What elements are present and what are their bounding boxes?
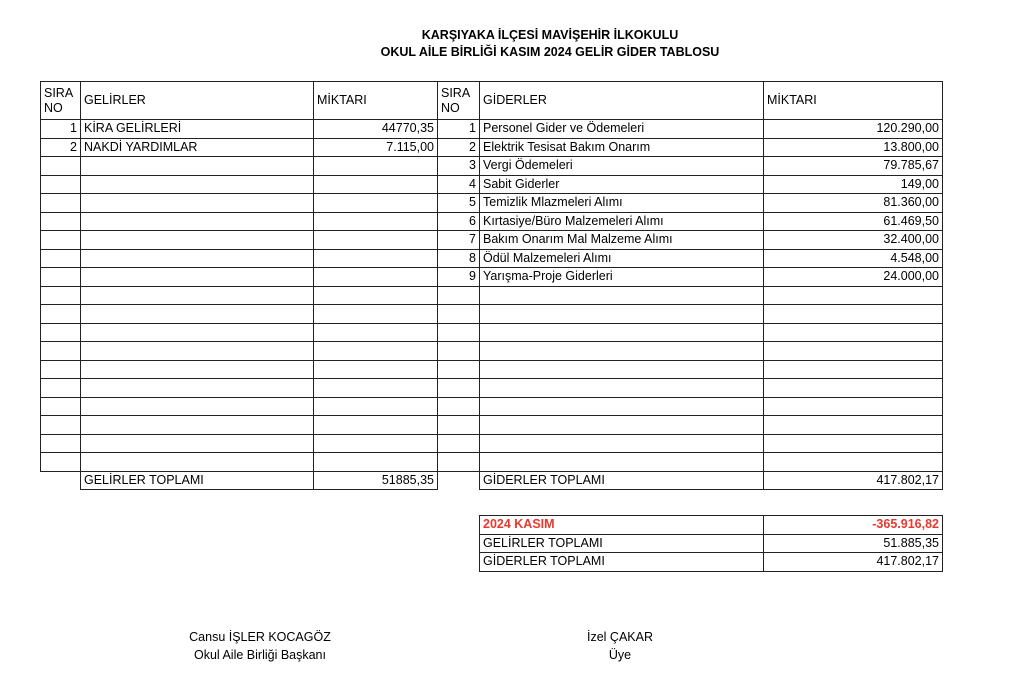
expense-no — [438, 342, 480, 361]
expense-name — [480, 397, 764, 416]
income-amount — [314, 397, 438, 416]
table-row — [41, 379, 943, 398]
expense-amount — [764, 305, 943, 324]
income-name — [81, 194, 314, 213]
expense-amount: 24.000,00 — [764, 268, 943, 287]
expense-amount — [764, 286, 943, 305]
expense-no: 9 — [438, 268, 480, 287]
income-name — [81, 323, 314, 342]
expense-no: 8 — [438, 249, 480, 268]
expense-name — [480, 434, 764, 453]
table-row — [41, 342, 943, 361]
expense-amount — [764, 323, 943, 342]
table-row — [41, 416, 943, 435]
expense-amount — [764, 416, 943, 435]
income-no — [41, 379, 81, 398]
expense-name — [480, 323, 764, 342]
table-row: 5Temizlik Mlazmeleri Alımı81.360,00 — [41, 194, 943, 213]
summary-balance-value: -365.916,82 — [764, 516, 943, 535]
income-name — [81, 379, 314, 398]
table-row — [41, 286, 943, 305]
expense-name — [480, 453, 764, 472]
income-no — [41, 397, 81, 416]
income-name — [81, 212, 314, 231]
header-giderler: GİDERLER — [480, 82, 764, 120]
income-no — [41, 360, 81, 379]
expense-no — [438, 416, 480, 435]
income-name — [81, 175, 314, 194]
expense-no — [438, 397, 480, 416]
table-row: 3Vergi Ödemeleri79.785,67 — [41, 157, 943, 176]
income-amount — [314, 416, 438, 435]
income-amount — [314, 268, 438, 287]
expense-amount: 61.469,50 — [764, 212, 943, 231]
summary-balance-row: 2024 KASIM -365.916,82 — [480, 516, 943, 535]
expense-amount: 79.785,67 — [764, 157, 943, 176]
income-name — [81, 157, 314, 176]
income-amount — [314, 360, 438, 379]
expense-amount — [764, 397, 943, 416]
income-no — [41, 305, 81, 324]
income-name — [81, 453, 314, 472]
header-sira-no: SIRANO — [41, 82, 81, 120]
table-row — [41, 305, 943, 324]
summary-expense-label: GİDERLER TOPLAMI — [480, 553, 764, 572]
expense-no: 4 — [438, 175, 480, 194]
income-amount — [314, 453, 438, 472]
income-name: NAKDİ YARDIMLAR — [81, 138, 314, 157]
expense-name: Bakım Onarım Mal Malzeme Alımı — [480, 231, 764, 250]
expense-amount — [764, 342, 943, 361]
expense-name: Kırtasiye/Büro Malzemeleri Alımı — [480, 212, 764, 231]
income-no — [41, 212, 81, 231]
income-name — [81, 231, 314, 250]
summary-income-value: 51.885,35 — [764, 534, 943, 553]
summary-income-label: GELİRLER TOPLAMI — [480, 534, 764, 553]
expense-name — [480, 416, 764, 435]
expense-name — [480, 379, 764, 398]
expense-total-label: GİDERLER TOPLAMI — [480, 471, 764, 490]
expense-amount: 149,00 — [764, 175, 943, 194]
expense-no: 7 — [438, 231, 480, 250]
income-no — [41, 434, 81, 453]
header-sira-no-2: SIRANO — [438, 82, 480, 120]
income-amount — [314, 379, 438, 398]
summary-table: 2024 KASIM -365.916,82 GELİRLER TOPLAMI … — [479, 515, 943, 572]
table-row — [41, 323, 943, 342]
expense-amount: 13.800,00 — [764, 138, 943, 157]
document-title-school: KARŞIYAKA İLÇESİ MAVİŞEHİR İLKOKULU — [0, 28, 1024, 42]
expense-no: 6 — [438, 212, 480, 231]
income-name — [81, 416, 314, 435]
expense-name — [480, 342, 764, 361]
table-row: 9Yarışma-Proje Giderleri24.000,00 — [41, 268, 943, 287]
income-amount — [314, 231, 438, 250]
summary-expense-row: GİDERLER TOPLAMI 417.802,17 — [480, 553, 943, 572]
income-no — [41, 194, 81, 213]
income-amount — [314, 305, 438, 324]
expense-name: Sabit Giderler — [480, 175, 764, 194]
income-name — [81, 342, 314, 361]
income-no — [41, 286, 81, 305]
expense-name: Elektrik Tesisat Bakım Onarım — [480, 138, 764, 157]
income-amount: 44770,35 — [314, 120, 438, 139]
income-no — [41, 175, 81, 194]
income-amount — [314, 157, 438, 176]
expense-name: Yarışma-Proje Giderleri — [480, 268, 764, 287]
table-row: 6Kırtasiye/Büro Malzemeleri Alımı61.469,… — [41, 212, 943, 231]
expense-no — [438, 453, 480, 472]
expense-name: Temizlik Mlazmeleri Alımı — [480, 194, 764, 213]
income-name — [81, 397, 314, 416]
table-header-row: SIRANO GELİRLER MİKTARI SIRANO GİDERLER … — [41, 82, 943, 120]
expense-no: 5 — [438, 194, 480, 213]
income-no — [41, 416, 81, 435]
expense-name — [480, 305, 764, 324]
income-amount — [314, 323, 438, 342]
signature-president-role: Okul Aile Birliği Başkanı — [160, 646, 360, 664]
table-row: 8Ödül Malzemeleri Alımı4.548,00 — [41, 249, 943, 268]
summary-income-row: GELİRLER TOPLAMI 51.885,35 — [480, 534, 943, 553]
header-gelirler: GELİRLER — [81, 82, 314, 120]
expense-no — [438, 305, 480, 324]
expense-amount — [764, 453, 943, 472]
expense-no: 1 — [438, 120, 480, 139]
expense-amount: 4.548,00 — [764, 249, 943, 268]
income-expense-table: SIRANO GELİRLER MİKTARI SIRANO GİDERLER … — [40, 81, 943, 490]
income-total-label: GELİRLER TOPLAMI — [81, 471, 314, 490]
table-row — [41, 453, 943, 472]
expense-no — [438, 360, 480, 379]
expense-amount — [764, 434, 943, 453]
income-no — [41, 453, 81, 472]
expense-no — [438, 286, 480, 305]
expense-amount: 32.400,00 — [764, 231, 943, 250]
income-name — [81, 249, 314, 268]
income-no — [41, 323, 81, 342]
signature-member-name: İzel ÇAKAR — [560, 628, 680, 646]
income-no — [41, 157, 81, 176]
header-gelir-miktari: MİKTARI — [314, 82, 438, 120]
income-amount: 7.115,00 — [314, 138, 438, 157]
income-amount — [314, 194, 438, 213]
expense-no — [438, 434, 480, 453]
expense-name — [480, 286, 764, 305]
income-no — [41, 342, 81, 361]
income-amount — [314, 175, 438, 194]
signature-president-name: Cansu İŞLER KOCAGÖZ — [160, 628, 360, 646]
table-row — [41, 397, 943, 416]
signature-president: Cansu İŞLER KOCAGÖZ Okul Aile Birliği Ba… — [160, 628, 360, 664]
table-row — [41, 434, 943, 453]
income-name: KİRA GELİRLERİ — [81, 120, 314, 139]
income-name — [81, 434, 314, 453]
summary-period-label: 2024 KASIM — [480, 516, 764, 535]
income-no — [41, 249, 81, 268]
expense-amount: 120.290,00 — [764, 120, 943, 139]
expense-name: Ödül Malzemeleri Alımı — [480, 249, 764, 268]
income-amount — [314, 286, 438, 305]
income-name — [81, 360, 314, 379]
table-row — [41, 360, 943, 379]
expense-amount — [764, 379, 943, 398]
expense-name — [480, 360, 764, 379]
document-title-report: OKUL AİLE BİRLİĞİ KASIM 2024 GELİR GİDER… — [0, 45, 1024, 59]
income-amount — [314, 249, 438, 268]
expense-name: Vergi Ödemeleri — [480, 157, 764, 176]
income-amount — [314, 342, 438, 361]
income-no: 1 — [41, 120, 81, 139]
expense-total-value: 417.802,17 — [764, 471, 943, 490]
expense-no — [438, 323, 480, 342]
expense-amount: 81.360,00 — [764, 194, 943, 213]
totals-spacer — [41, 471, 81, 490]
income-no — [41, 268, 81, 287]
table-row: 2NAKDİ YARDIMLAR7.115,002Elektrik Tesisa… — [41, 138, 943, 157]
income-no — [41, 231, 81, 250]
expense-no: 3 — [438, 157, 480, 176]
expense-no: 2 — [438, 138, 480, 157]
income-name — [81, 305, 314, 324]
summary-expense-value: 417.802,17 — [764, 553, 943, 572]
table-row: 4Sabit Giderler149,00 — [41, 175, 943, 194]
signature-member: İzel ÇAKAR Üye — [560, 628, 680, 664]
table-row: 7Bakım Onarım Mal Malzeme Alımı32.400,00 — [41, 231, 943, 250]
income-name — [81, 268, 314, 287]
income-amount — [314, 434, 438, 453]
header-gider-miktari: MİKTARI — [764, 82, 943, 120]
income-no: 2 — [41, 138, 81, 157]
expense-amount — [764, 360, 943, 379]
signature-member-role: Üye — [560, 646, 680, 664]
table-row: 1KİRA GELİRLERİ44770,351Personel Gider v… — [41, 120, 943, 139]
income-total-value: 51885,35 — [314, 471, 438, 490]
totals-spacer-2 — [438, 471, 480, 490]
totals-row: GELİRLER TOPLAMI51885,35GİDERLER TOPLAMI… — [41, 471, 943, 490]
income-amount — [314, 212, 438, 231]
expense-no — [438, 379, 480, 398]
income-name — [81, 286, 314, 305]
expense-name: Personel Gider ve Ödemeleri — [480, 120, 764, 139]
